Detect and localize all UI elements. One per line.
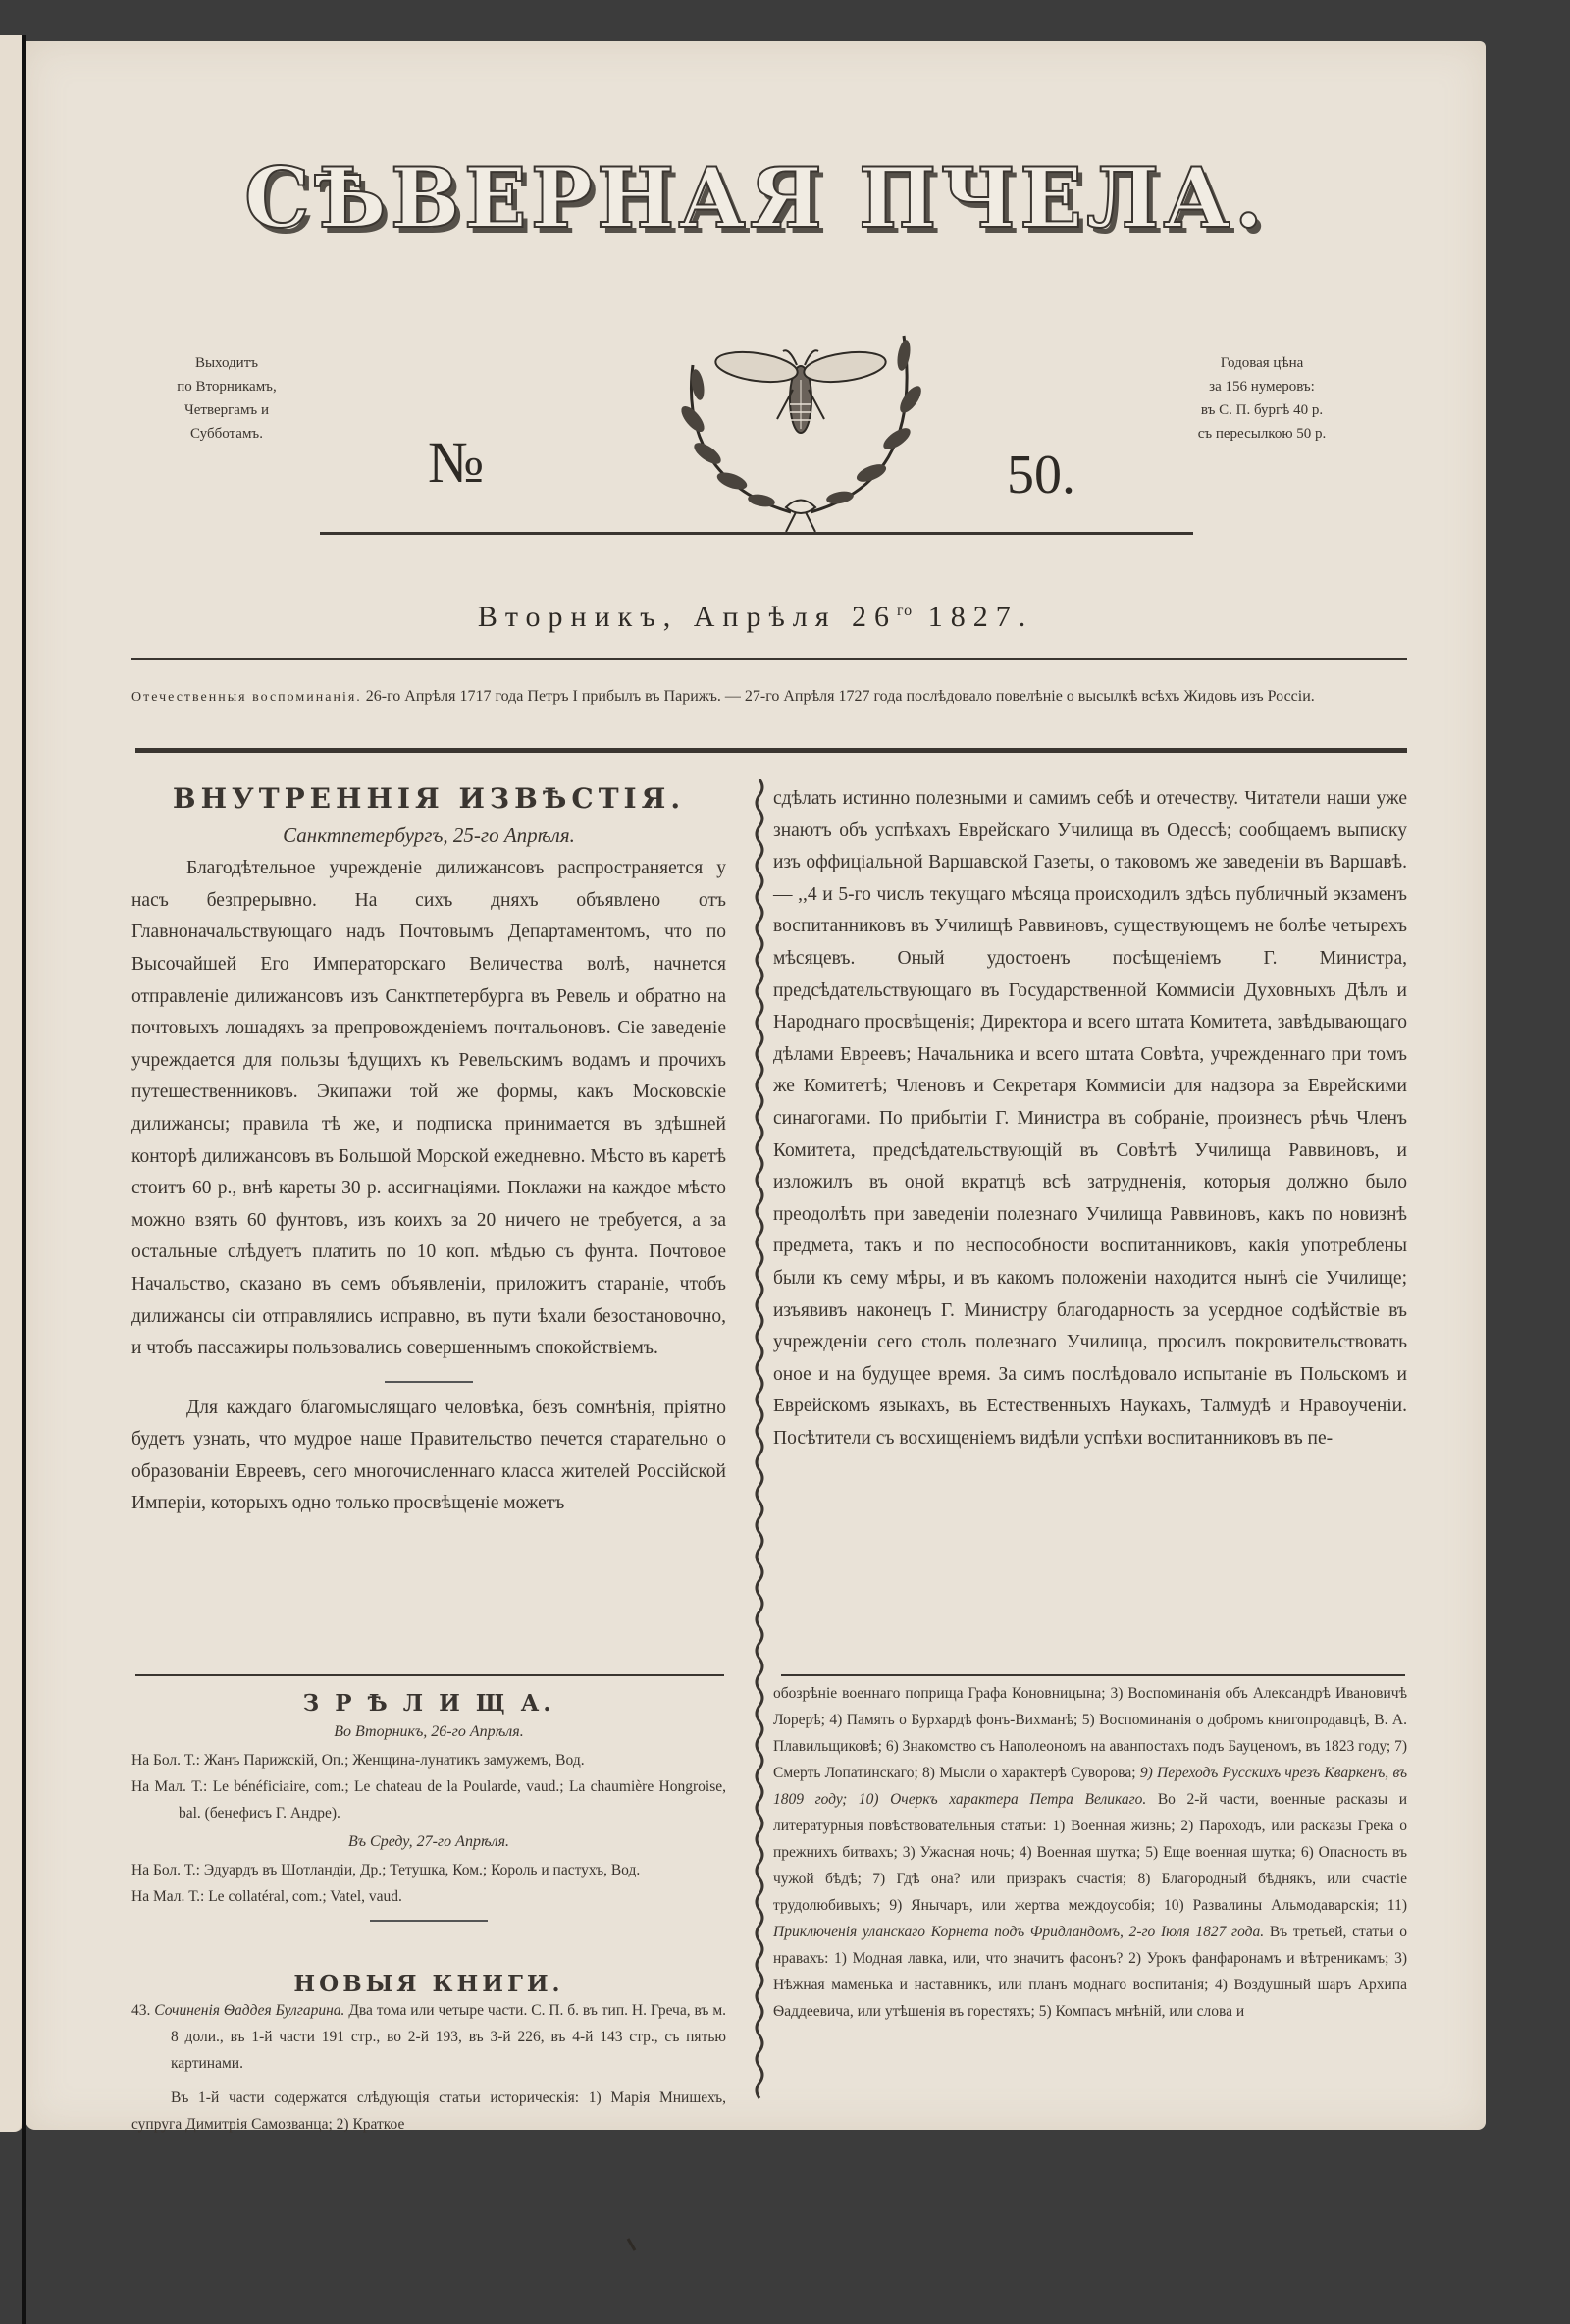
new-books-title: НОВЫЯ КНИГИ. — [131, 1971, 726, 1997]
news-paragraph: Благодѣтельное учрежденіе дилижансовъ ра… — [131, 853, 726, 1365]
publication-days: Выходитъ по Вторникамъ, Четвергамъ и Суб… — [153, 351, 300, 446]
domestic-news-continuation: сдѣлать истинно полезными и самимъ себѣ … — [773, 783, 1407, 1454]
memories-lead: Отечественныя воспоминанія. — [131, 690, 362, 705]
issue-year: 1827. — [928, 601, 1034, 633]
paragraph-separator — [385, 1381, 473, 1383]
price-info-line: Годовая цѣна — [1164, 351, 1360, 375]
book-entry-title: Сочиненія Ѳаддея Булгарина. — [154, 2002, 344, 2019]
theatre-day-label: Во Вторникъ, 26-го Апрѣля. — [131, 1718, 726, 1745]
publication-days-line: Четвергамъ и — [153, 398, 300, 422]
price-info: Годовая цѣна за 156 нумеровъ: въ С. П. б… — [1164, 351, 1360, 446]
issue-number: 50. — [1007, 444, 1075, 506]
masthead-title: СѢВЕРНАЯ ПЧЕЛА. — [26, 149, 1486, 246]
memories-rule — [135, 748, 1407, 753]
masthead-rule — [320, 532, 1193, 535]
book-entry: 43. Сочиненія Ѳаддея Булгарина. Два тома… — [131, 1997, 726, 2077]
historical-memories: Отечественныя воспоминанія. 26-го Апрѣля… — [131, 683, 1407, 711]
lower-right-rule — [781, 1674, 1405, 1676]
section-separator — [370, 1920, 488, 1922]
domestic-news-column: ВНУТРЕННІЯ ИЗВѢСТІЯ. Санктпетербургъ, 25… — [131, 783, 726, 1520]
column-divider — [752, 779, 767, 2163]
issue-date: Вторникъ, Апрѣля 26го 1827. — [26, 601, 1486, 634]
issue-weekday: Вторникъ, — [478, 601, 678, 633]
price-info-line: съ пересылкою 50 р. — [1164, 422, 1360, 446]
issue-day: 26го — [852, 601, 913, 633]
theatre-section: З Р Ѣ Л И Щ А. Во Вторникъ, 26-го Апрѣля… — [131, 1690, 726, 1926]
theatre-entry: На Бол. Т.: Жанъ Парижскій, Оп.; Женщина… — [131, 1747, 726, 1773]
theatre-entry: На Мал. Т.: Le bénéficiaire, com.; Le ch… — [131, 1773, 726, 1826]
theatre-day-label: Въ Среду, 27-го Апрѣля. — [131, 1828, 726, 1855]
book-contents: Въ 1-й части содержатся слѣдующія статьи… — [131, 2085, 726, 2138]
publication-days-line: Выходитъ — [153, 351, 300, 375]
news-place-date: Санктпетербургъ, 25-го Апрѣля. — [131, 819, 726, 852]
theatre-entry: На Бол. Т.: Эдуардъ въ Шотландіи, Др.; Т… — [131, 1857, 726, 1883]
new-books-section: НОВЫЯ КНИГИ. 43. Сочиненія Ѳаддея Булгар… — [131, 1971, 726, 2138]
number-sign: № — [428, 429, 484, 497]
ink-mark — [627, 2238, 637, 2251]
newspaper-page: СѢВЕРНАЯ ПЧЕЛА. Выходитъ по Вторникамъ, … — [26, 41, 1486, 2130]
publication-days-line: по Вторникамъ, — [153, 375, 300, 398]
news-paragraph: Для каждаго благомыслящаго человѣка, без… — [131, 1393, 726, 1520]
adjacent-page-edge — [0, 35, 24, 2132]
date-rule — [131, 658, 1407, 660]
issue-month: Апрѣля — [694, 601, 837, 633]
memories-text: 26-го Апрѣля 1717 года Петръ I прибылъ в… — [366, 688, 1315, 705]
new-books-continuation: обозрѣніе военнаго поприща Графа Коновни… — [773, 1680, 1407, 2025]
bee-wreath-icon — [654, 306, 948, 532]
lower-left-rule — [135, 1674, 724, 1676]
theatre-title: З Р Ѣ Л И Щ А. — [131, 1690, 726, 1717]
book-contents: обозрѣніе военнаго поприща Графа Коновни… — [773, 1680, 1407, 2025]
price-info-line: въ С. П. бургѣ 40 р. — [1164, 398, 1360, 422]
news-paragraph: сдѣлать истинно полезными и самимъ себѣ … — [773, 783, 1407, 1454]
domestic-news-title: ВНУТРЕННІЯ ИЗВѢСТІЯ. — [131, 783, 726, 816]
price-info-line: за 156 нумеровъ: — [1164, 375, 1360, 398]
theatre-entry: На Мал. Т.: Le collatéral, com.; Vatel, … — [131, 1883, 726, 1910]
book-entry-number: 43. — [131, 2002, 150, 2019]
publication-days-line: Субботамъ. — [153, 422, 300, 446]
